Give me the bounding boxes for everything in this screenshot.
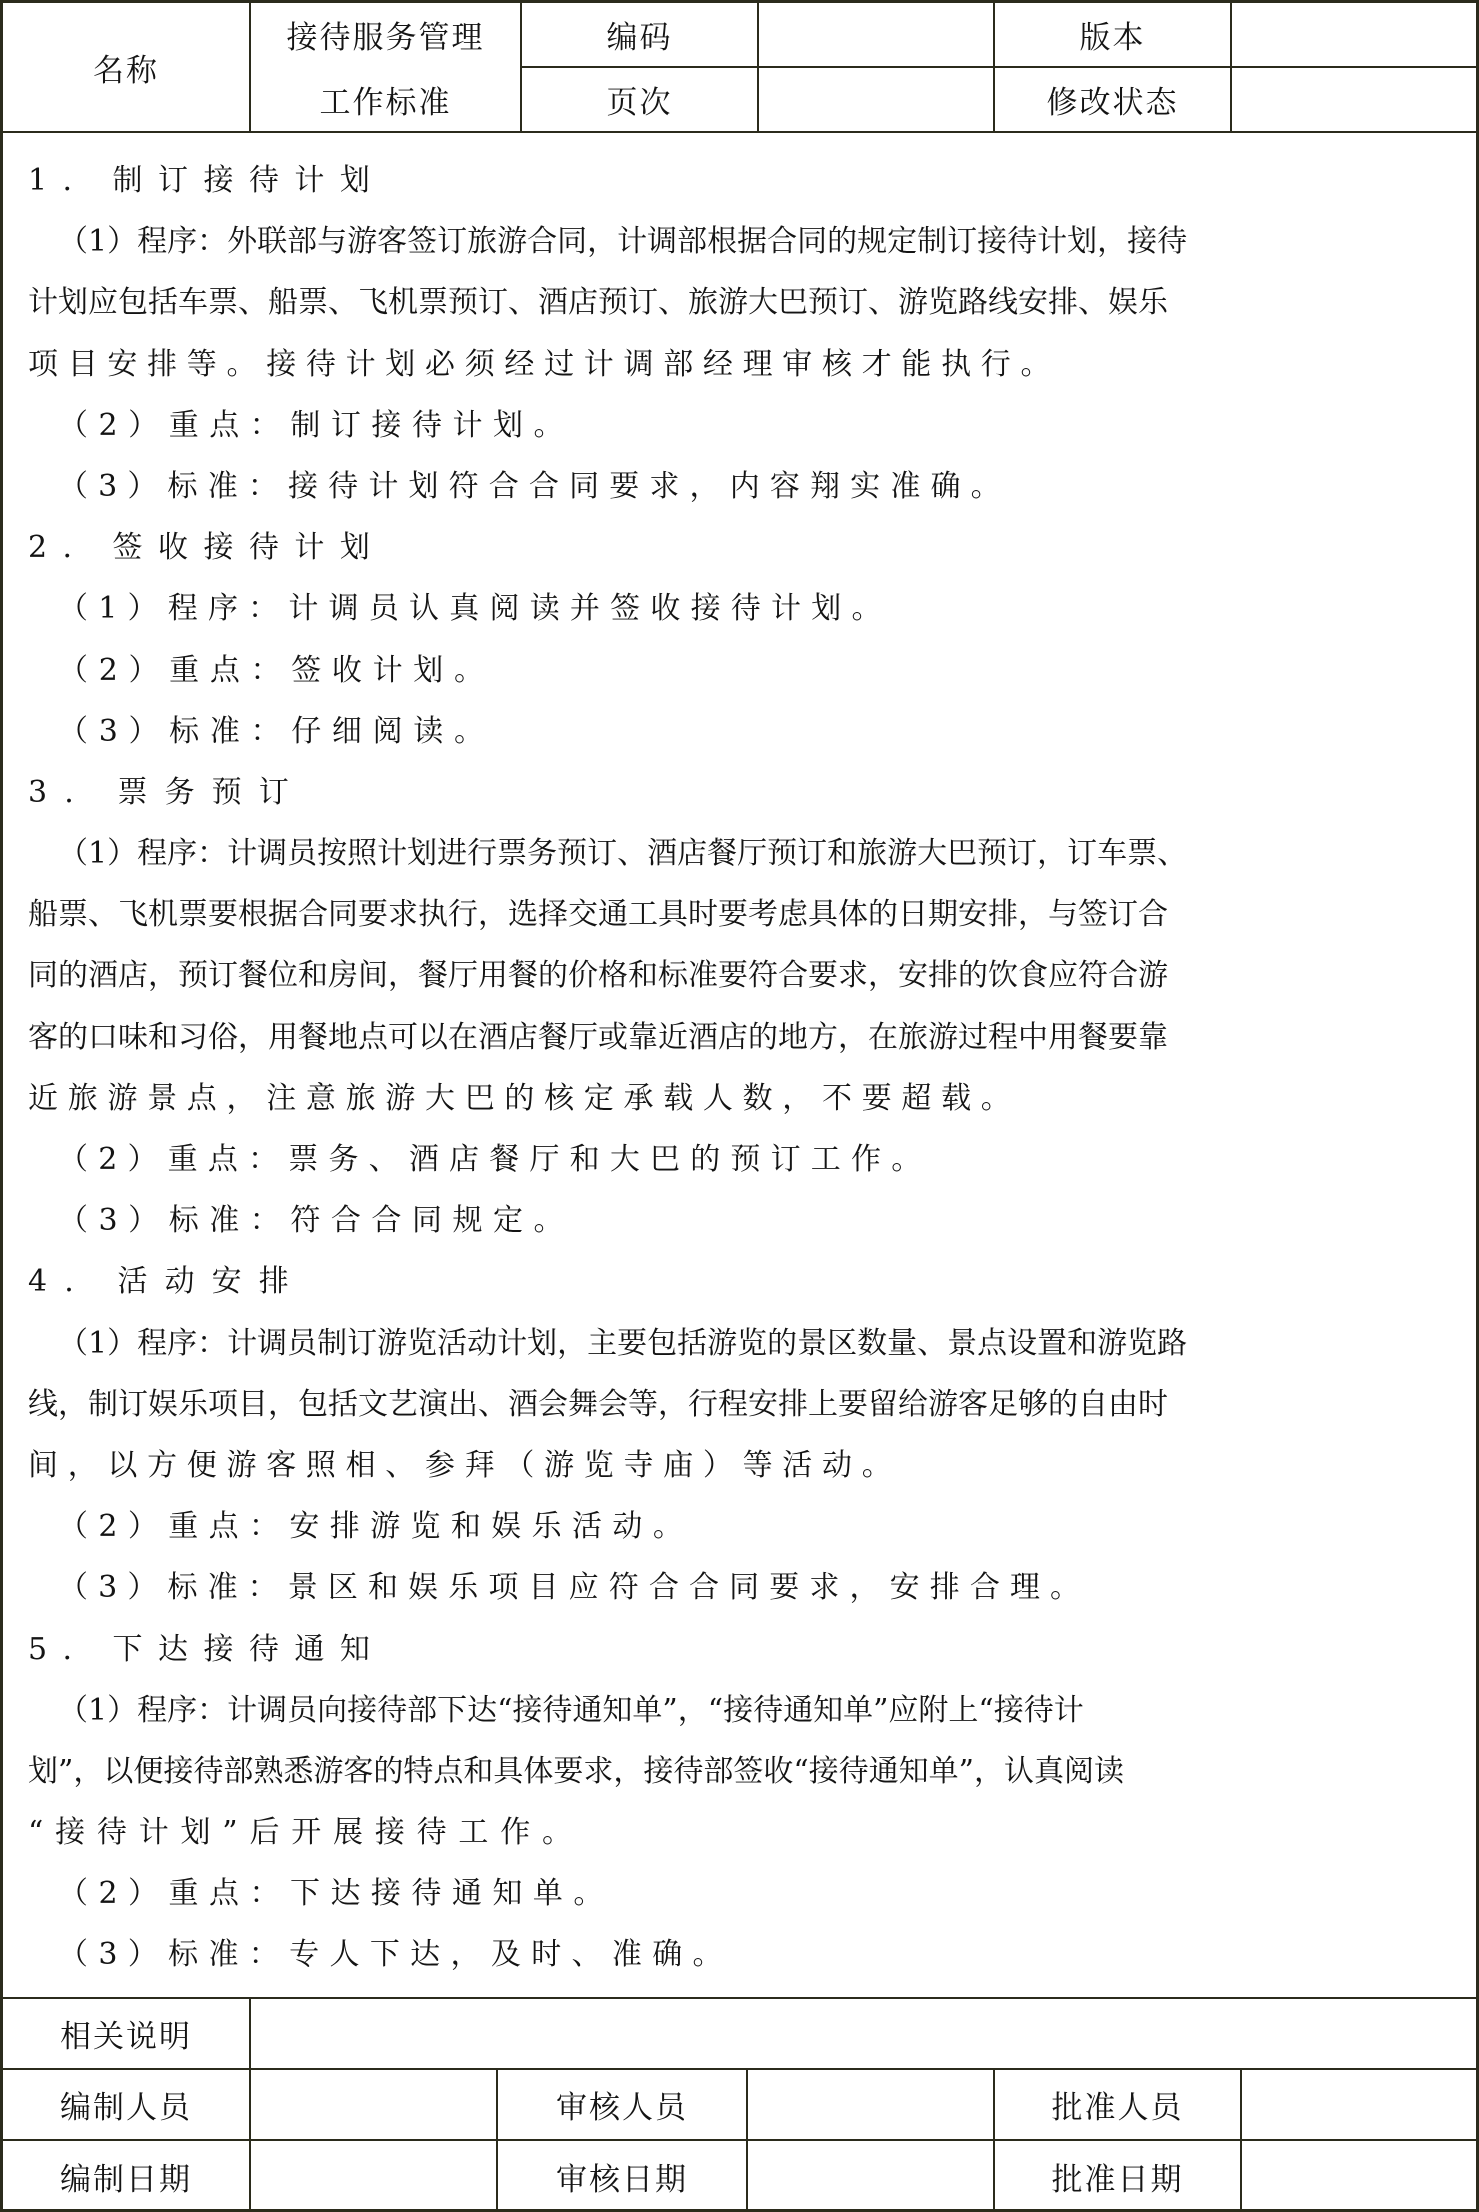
procedure-body: 1. 制订接待计划（1）程序：外联部与游客签订旅游合同，计调部根据合同的规定制订…: [28, 150, 1458, 1986]
paragraph-line: 项目安排等。接待计划必须经过计调部经理审核才能执行。: [28, 334, 1458, 395]
paragraph-line: （3）标准：符合合同规定。: [28, 1190, 1458, 1251]
reviewed-date-value: [748, 2141, 993, 2212]
paragraph-line: （2）重点：下达接待通知单。: [28, 1863, 1458, 1924]
paragraph-line: 船票、飞机票要根据合同要求执行，选择交通工具时要考虑具体的日期安排，与签订合: [28, 884, 1458, 945]
code-label: 编码: [522, 3, 757, 66]
paragraph-line: （1）程序：计调员向接待部下达“接待通知单”，“接待通知单”应附上“接待计: [28, 1680, 1458, 1741]
approved-by-label: 批准人员: [995, 2070, 1240, 2139]
paragraph-line: 间，以方便游客照相、参拜（游览寺庙）等活动。: [28, 1435, 1458, 1496]
notes-value: [251, 1999, 1476, 2068]
page-value: [759, 68, 993, 131]
prepared-date-label: 编制日期: [3, 2141, 249, 2212]
paragraph-line: （3）标准：接待计划符合合同要求，内容翔实准确。: [28, 456, 1458, 517]
section-heading: 1. 制订接待计划: [28, 150, 1458, 211]
prepared-date-value: [251, 2141, 496, 2212]
version-value: [1232, 3, 1476, 66]
paragraph-line: （3）标准：景区和娱乐项目应符合合同要求，安排合理。: [28, 1557, 1458, 1618]
section-heading: 5. 下达接待通知: [28, 1619, 1458, 1680]
paragraph-line: 划”，以便接待部熟悉游客的特点和具体要求，接待部签收“接待通知单”，认真阅读: [28, 1741, 1458, 1802]
paragraph-line: （1）程序：计调员认真阅读并签收接待计划。: [28, 578, 1458, 639]
approved-date-label: 批准日期: [995, 2141, 1240, 2212]
paragraph-line: （2）重点：安排游览和娱乐活动。: [28, 1496, 1458, 1557]
prepared-by-label: 编制人员: [3, 2070, 249, 2139]
approved-date-value: [1242, 2141, 1476, 2212]
paragraph-line: （3）标准：专人下达，及时、准确。: [28, 1924, 1458, 1985]
reviewed-by-value: [748, 2070, 993, 2139]
notes-label: 相关说明: [3, 1999, 249, 2068]
paragraph-line: 客的口味和习俗，用餐地点可以在酒店餐厅或靠近酒店的地方，在旅游过程中用餐要靠: [28, 1007, 1458, 1068]
page-label: 页次: [522, 68, 757, 131]
paragraph-line: 计划应包括车票、船票、飞机票预订、酒店预订、旅游大巴预订、游览路线安排、娱乐: [28, 272, 1458, 333]
paragraph-line: （2）重点：签收计划。: [28, 640, 1458, 701]
paragraph-line: （3）标准：仔细阅读。: [28, 701, 1458, 762]
name-value-line1: 接待服务管理: [251, 3, 520, 66]
paragraph-line: 线，制订娱乐项目，包括文艺演出、酒会舞会等，行程安排上要留给游客足够的自由时: [28, 1374, 1458, 1435]
name-label: 名称: [3, 3, 249, 131]
code-value: [759, 3, 993, 66]
revision-status-value: [1232, 68, 1476, 131]
version-label: 版本: [995, 3, 1230, 66]
approved-by-value: [1242, 2070, 1476, 2139]
name-value-line2: 工作标准: [251, 68, 520, 131]
paragraph-line: （1）程序：外联部与游客签订旅游合同，计调部根据合同的规定制订接待计划，接待: [28, 211, 1458, 272]
section-heading: 3. 票务预订: [28, 762, 1458, 823]
section-heading: 4. 活动安排: [28, 1251, 1458, 1312]
section-heading: 2. 签收接待计划: [28, 517, 1458, 578]
paragraph-line: 近旅游景点，注意旅游大巴的核定承载人数，不要超载。: [28, 1068, 1458, 1129]
work-standard-form: 名称 接待服务管理 工作标准 编码 版本 页次 修改状态 1. 制订接待计划（1…: [0, 0, 1479, 2212]
reviewed-date-label: 审核日期: [498, 2141, 746, 2212]
paragraph-line: （2）重点：票务、酒店餐厅和大巴的预订工作。: [28, 1129, 1458, 1190]
revision-status-label: 修改状态: [995, 68, 1230, 131]
paragraph-line: 同的酒店，预订餐位和房间，餐厅用餐的价格和标准要符合要求，安排的饮食应符合游: [28, 945, 1458, 1006]
paragraph-line: （1）程序：计调员按照计划进行票务预订、酒店餐厅预订和旅游大巴预订，订车票、: [28, 823, 1458, 884]
prepared-by-value: [251, 2070, 496, 2139]
paragraph-line: “接待计划”后开展接待工作。: [28, 1802, 1458, 1863]
paragraph-line: （2）重点：制订接待计划。: [28, 395, 1458, 456]
paragraph-line: （1）程序：计调员制订游览活动计划，主要包括游览的景区数量、景点设置和游览路: [28, 1313, 1458, 1374]
reviewed-by-label: 审核人员: [498, 2070, 746, 2139]
header-bottom-border: [3, 131, 1476, 133]
